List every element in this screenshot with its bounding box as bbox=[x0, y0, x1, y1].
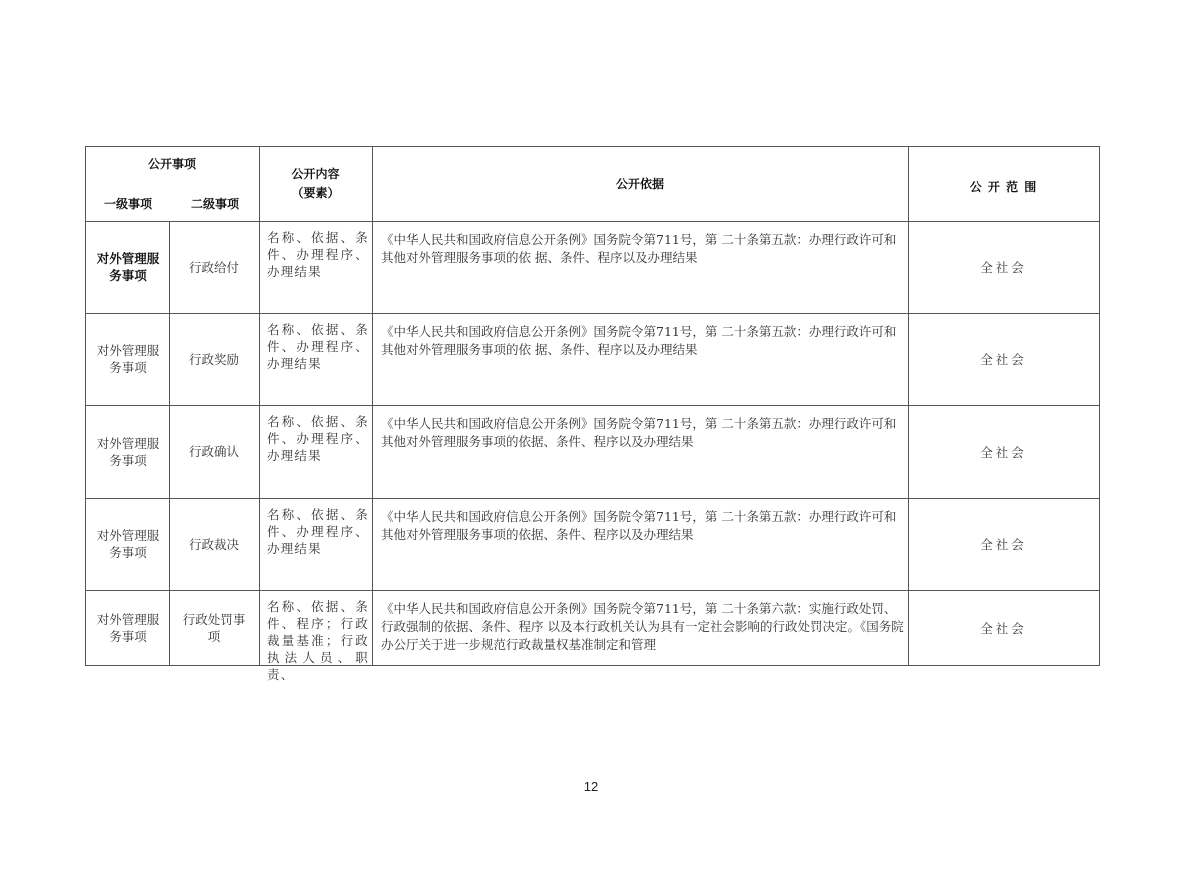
cell-level2: 行政确认 bbox=[169, 405, 259, 498]
cell-content: 名称、依据、条件、办理程序、办理结果 bbox=[259, 313, 372, 405]
table-rule-v bbox=[169, 221, 170, 665]
cell-scope: 全社会 bbox=[908, 405, 1099, 498]
header-scope: 公 开 范 围 bbox=[908, 146, 1099, 226]
cell-level1: 对外管理服务事项 bbox=[89, 405, 167, 498]
disclosure-table: 公开事项 一级事项 二级事项 公开内容 （要素） 公开依据 公 开 范 围 对外… bbox=[85, 146, 1099, 665]
cell-scope: 全社会 bbox=[908, 221, 1099, 313]
header-content: 公开内容 （要素） bbox=[259, 146, 372, 221]
cell-level2: 行政奖励 bbox=[169, 313, 259, 405]
table-rule-v bbox=[372, 146, 373, 665]
header-basis: 公开依据 bbox=[372, 146, 908, 221]
cell-level2: 行政处罚事项 bbox=[169, 590, 259, 665]
table-rule-h bbox=[85, 498, 1099, 499]
header-level1: 一级事项 bbox=[85, 186, 171, 220]
page-number: 12 bbox=[0, 779, 1182, 794]
header-level2: 二级事项 bbox=[171, 186, 259, 220]
cell-basis: 《中华人民共和国政府信息公开条例》国务院令第711号，第 二十条第五款：办理行政… bbox=[372, 405, 908, 498]
cell-basis: 《中华人民共和国政府信息公开条例》国务院令第711号，第 二十条第六款：实施行政… bbox=[372, 590, 908, 665]
table-rule-h bbox=[85, 590, 1099, 591]
cell-level1: 对外管理服务事项 bbox=[89, 498, 167, 590]
header-content-title: 公开内容 bbox=[291, 165, 339, 184]
cell-scope: 全社会 bbox=[908, 313, 1099, 405]
document-page: 公开事项 一级事项 二级事项 公开内容 （要素） 公开依据 公 开 范 围 对外… bbox=[0, 0, 1200, 876]
table-rule-h bbox=[85, 313, 1099, 314]
table-rule-v bbox=[1099, 146, 1100, 666]
cell-level2: 行政裁决 bbox=[169, 498, 259, 590]
table-rule-h bbox=[85, 405, 1099, 406]
cell-level2: 行政给付 bbox=[169, 221, 259, 313]
table-rule-v bbox=[259, 146, 260, 665]
header-content-sub: （要素） bbox=[291, 184, 339, 203]
cell-level1: 对外管理服务事项 bbox=[89, 313, 167, 405]
cell-basis: 《中华人民共和国政府信息公开条例》国务院令第711号，第 二十条第五款：办理行政… bbox=[372, 498, 908, 590]
table-rule-h bbox=[85, 146, 1099, 147]
cell-scope: 全社会 bbox=[908, 590, 1099, 665]
table-rule-v bbox=[908, 146, 909, 665]
header-matter-group: 公开事项 bbox=[85, 146, 259, 180]
table-rule-v bbox=[85, 146, 86, 665]
cell-content: 名称、依据、条件、程序；行政裁量基准；行政执法人员、职责、 bbox=[259, 590, 372, 665]
table-rule-h bbox=[85, 665, 1099, 666]
cell-content: 名称、依据、条件、办理程序、办理结果 bbox=[259, 498, 372, 590]
cell-basis: 《中华人民共和国政府信息公开条例》国务院令第711号，第 二十条第五款：办理行政… bbox=[372, 313, 908, 405]
cell-basis: 《中华人民共和国政府信息公开条例》国务院令第711号，第 二十条第五款：办理行政… bbox=[372, 221, 908, 313]
cell-content: 名称、依据、条件、办理程序、办理结果 bbox=[259, 221, 372, 313]
cell-level1: 对外管理服务事项 bbox=[89, 221, 167, 313]
cell-content: 名称、依据、条件、办理程序、办理结果 bbox=[259, 405, 372, 498]
cell-level1: 对外管理服务事项 bbox=[89, 590, 167, 665]
table-rule-h bbox=[85, 221, 1099, 222]
cell-scope: 全社会 bbox=[908, 498, 1099, 590]
